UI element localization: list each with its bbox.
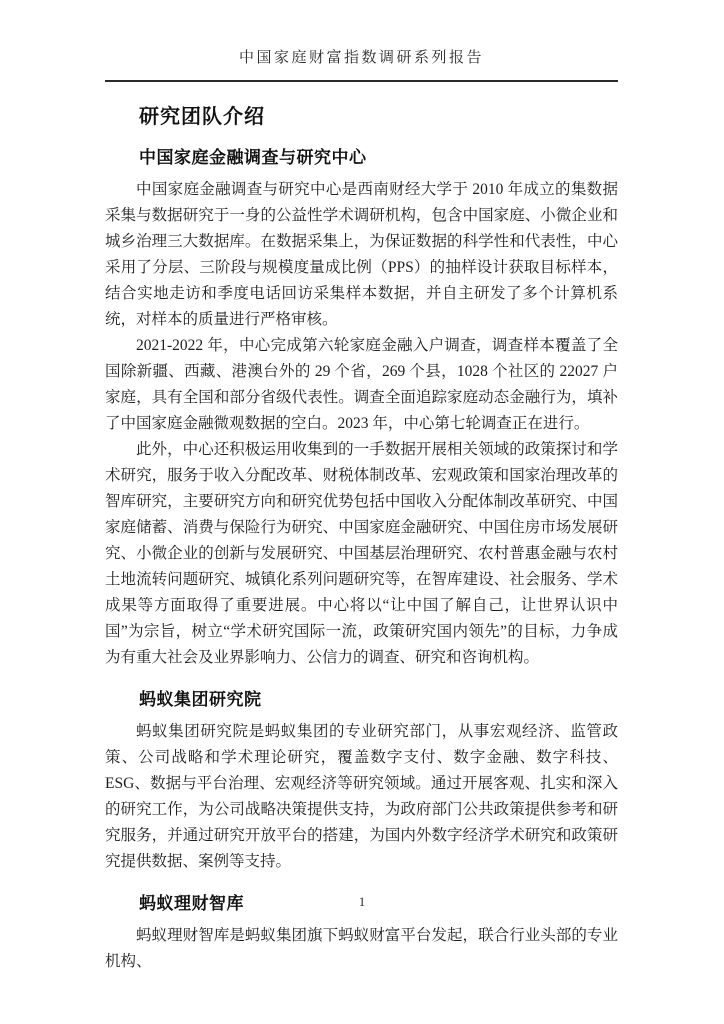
paragraph-ant-wealth-1: 蚂蚁理财智库是蚂蚁集团旗下蚂蚁财富平台发起，联合行业头部的专业机构、 <box>105 923 618 975</box>
page-title: 研究团队介绍 <box>139 100 618 129</box>
paragraph-chfs-2: 2021-2022 年，中心完成第六轮家庭金融入户调查，调查样本覆盖了全国除新疆… <box>105 333 618 437</box>
paragraph-chfs-3: 此外，中心还积极运用收集到的一手数据开展相关领域的政策探讨和学术研究，服务于收入… <box>105 437 618 671</box>
paragraph-chfs-1: 中国家庭金融调查与研究中心是西南财经大学于 2010 年成立的集数据采集与数据研… <box>105 177 618 333</box>
section-heading-chfs: 中国家庭金融调查与研究中心 <box>139 143 618 168</box>
page-header-title: 中国家庭财富指数调研系列报告 <box>105 46 618 82</box>
page-number: 1 <box>0 894 724 910</box>
paragraph-ant-research-1: 蚂蚁集团研究院是蚂蚁集团的专业研究部门，从事宏观经济、监管政策、公司战略和学术理… <box>105 719 618 875</box>
document-page: 中国家庭财富指数调研系列报告 研究团队介绍 中国家庭金融调查与研究中心 中国家庭… <box>0 0 724 1024</box>
section-heading-ant-research: 蚂蚁集团研究院 <box>139 685 618 710</box>
